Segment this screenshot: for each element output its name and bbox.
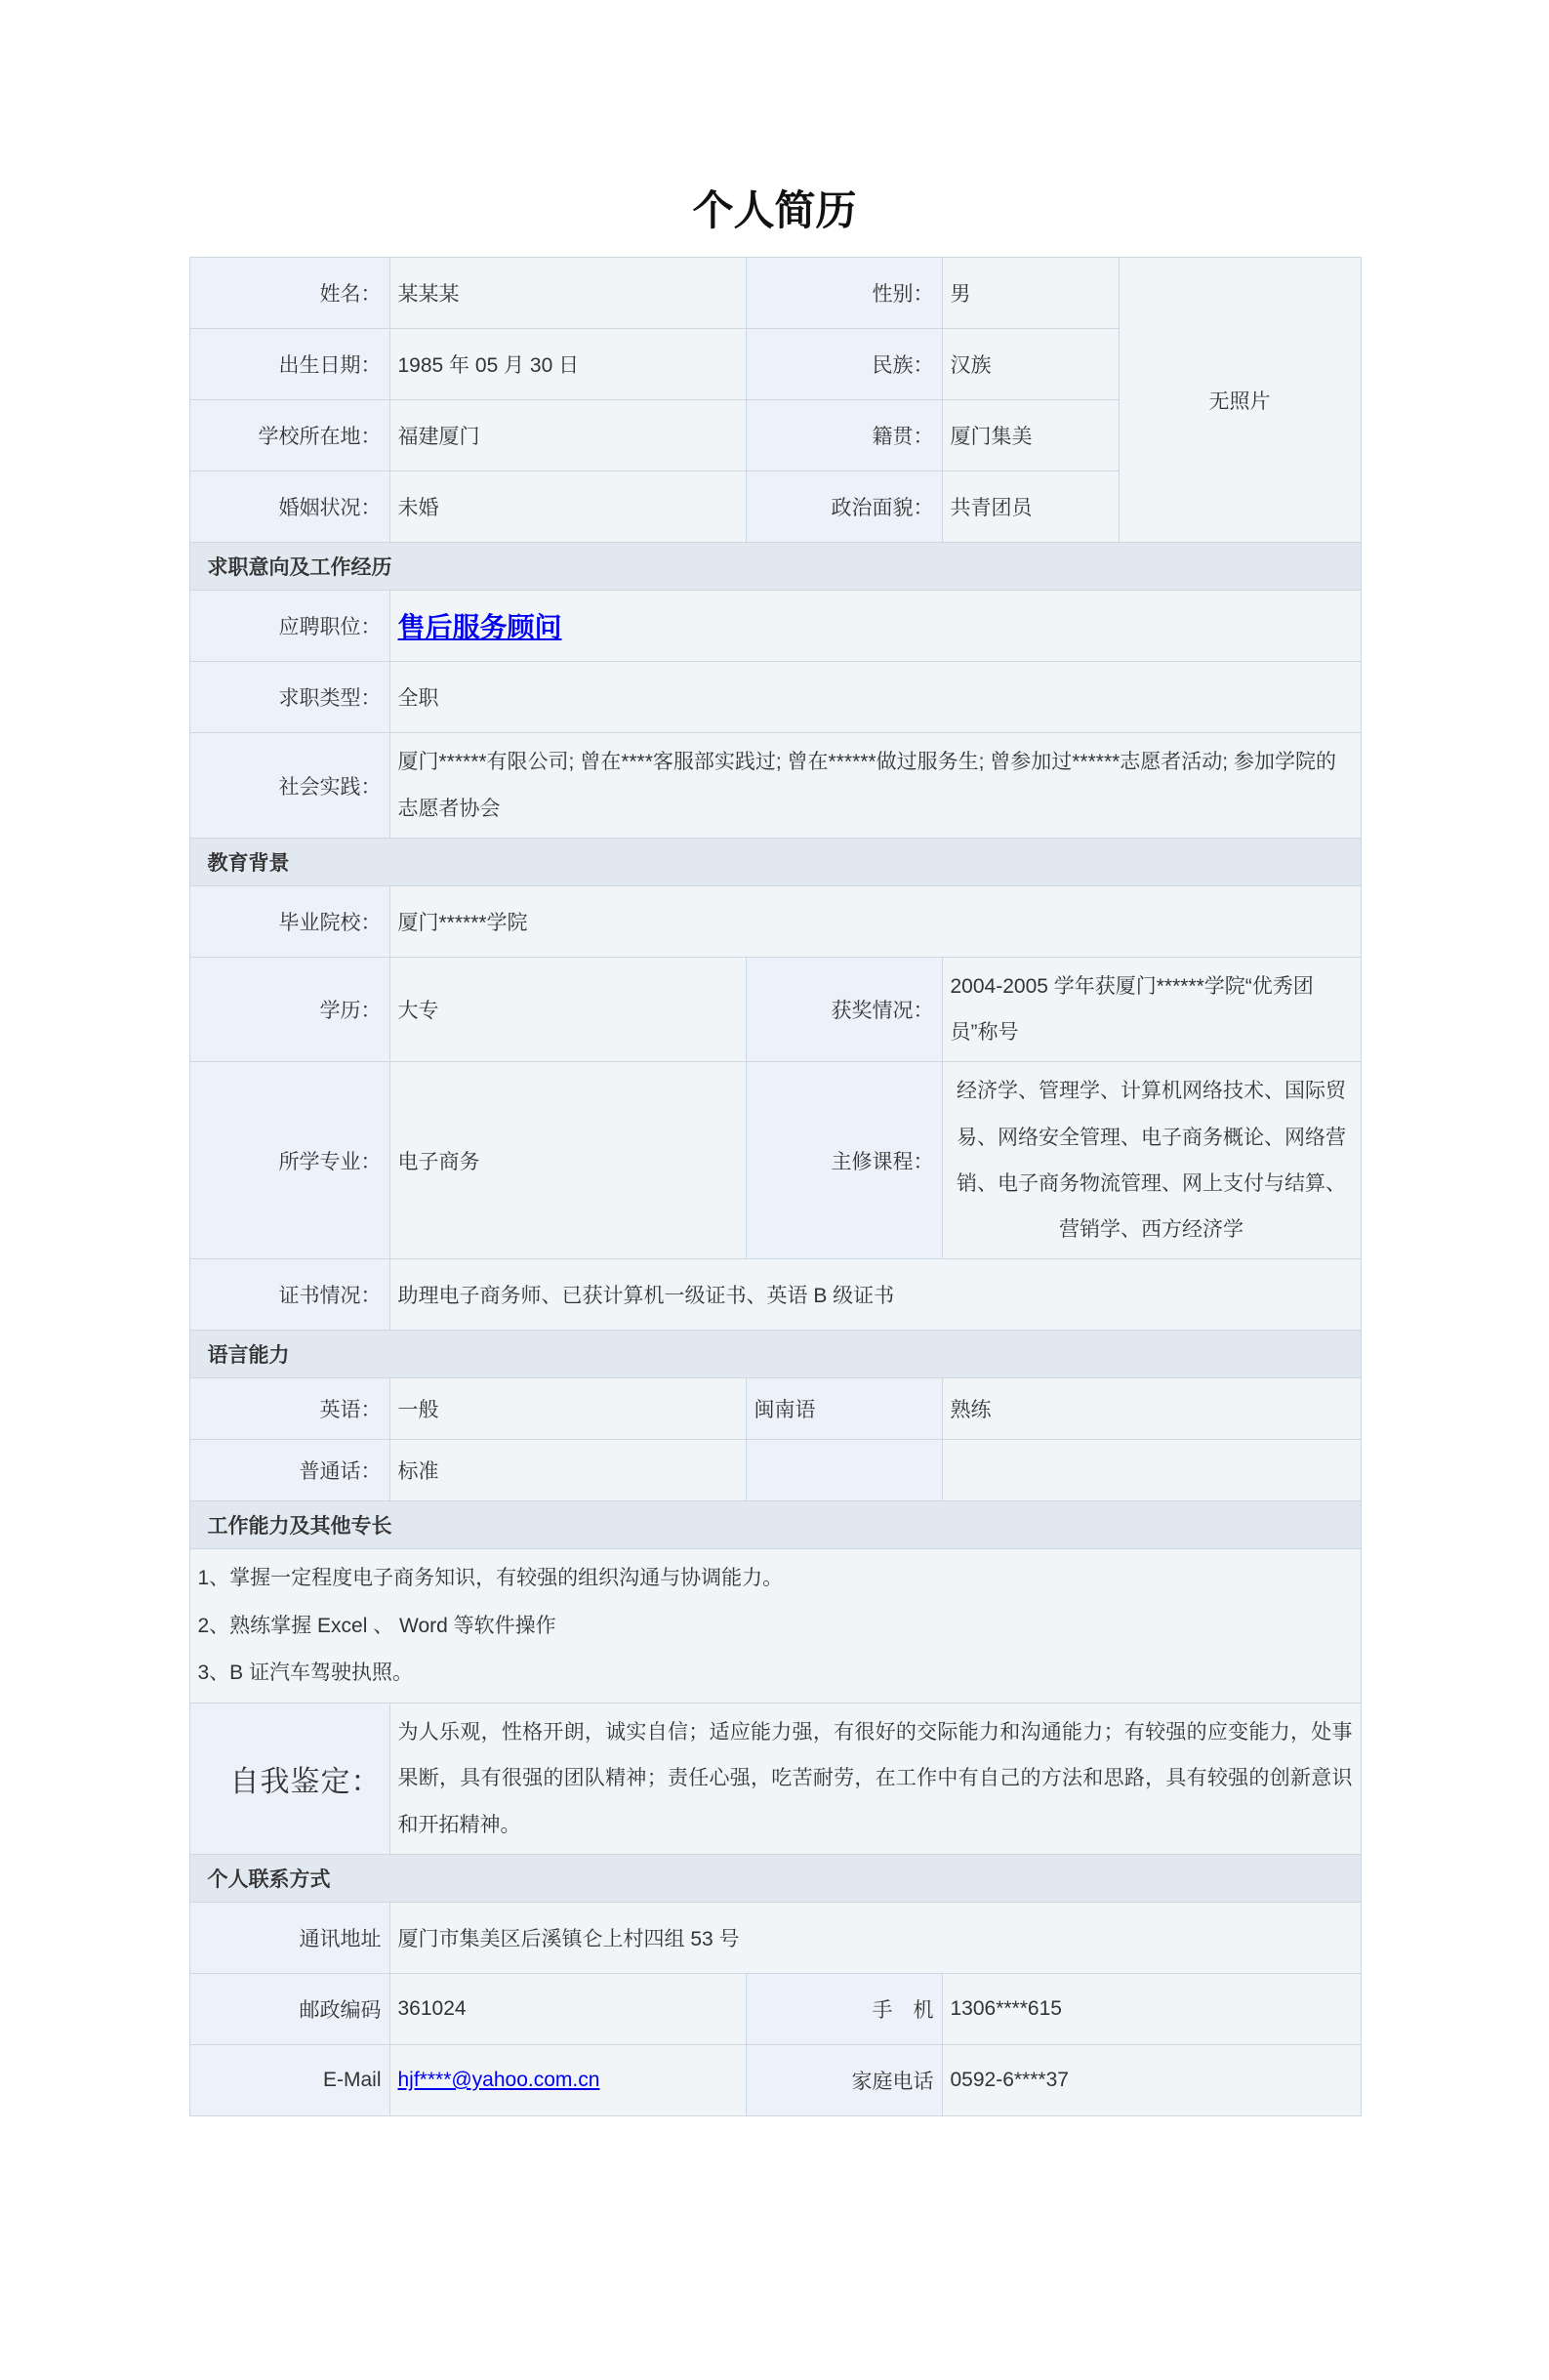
social-practice-value: 厦门******有限公司; 曾在****客服部实践过; 曾在******做过服务… (389, 733, 1361, 839)
job-type-label: 求职类型： (189, 662, 389, 733)
ethnicity-value: 汉族 (942, 329, 1119, 400)
section-education-title: 教育背景 (189, 838, 1361, 885)
table-row-job-type: 求职类型： 全职 (189, 662, 1361, 733)
email-link[interactable]: hjf****@yahoo.com.cn (398, 2069, 600, 2091)
self-assessment-label: 自我鉴定： (189, 1703, 389, 1855)
skills-item-3: 3、B 证汽车驾驶执照。 (198, 1650, 1353, 1697)
major-label: 所学专业： (189, 1062, 389, 1259)
mobile-label: 手 机 (746, 1973, 942, 2044)
language-empty-value-cell (942, 1440, 1361, 1501)
birthdate-value: 1985 年 05 月 30 日 (389, 329, 746, 400)
section-contact: 个人联系方式 (189, 1854, 1361, 1902)
courses-label: 主修课程： (746, 1062, 942, 1259)
section-job-intent: 求职意向及工作经历 (189, 543, 1361, 591)
native-place-value: 厦门集美 (942, 400, 1119, 472)
email-label: E-Mail (189, 2044, 389, 2115)
skills-item-2: 2、熟练掌握 Excel 、 Word 等软件操作 (198, 1603, 1353, 1650)
minnan-label: 闽南语 (746, 1378, 942, 1440)
section-skills-title: 工作能力及其他专长 (189, 1501, 1361, 1549)
section-education: 教育背景 (189, 838, 1361, 885)
table-row-mandarin: 普通话： 标准 (189, 1440, 1361, 1501)
birthdate-label: 出生日期： (189, 329, 389, 400)
degree-value: 大专 (389, 957, 746, 1062)
section-skills: 工作能力及其他专长 (189, 1501, 1361, 1549)
zip-label: 邮政编码 (189, 1973, 389, 2044)
certificates-value: 助理电子商务师、已获计算机一级证书、英语 B 级证书 (389, 1259, 1361, 1331)
mandarin-value: 标准 (389, 1440, 746, 1501)
english-label: 英语： (189, 1378, 389, 1440)
table-row-email-homephone: E-Mail hjf****@yahoo.com.cn 家庭电话 0592-6*… (189, 2044, 1361, 2115)
certificates-label: 证书情况： (189, 1259, 389, 1331)
school-location-value: 福建厦门 (389, 400, 746, 472)
english-value: 一般 (389, 1378, 746, 1440)
marital-status-value: 未婚 (389, 472, 746, 543)
skills-list: 1、掌握一定程度电子商务知识，有较强的组织沟通与协调能力。 2、熟练掌握 Exc… (189, 1549, 1361, 1703)
table-row-name-gender: 姓名： 某某某 性别： 男 无照片 (189, 258, 1361, 329)
photo-placeholder: 无照片 (1119, 258, 1361, 543)
social-practice-label: 社会实践： (189, 733, 389, 839)
major-value: 电子商务 (389, 1062, 746, 1259)
ethnicity-label: 民族： (746, 329, 942, 400)
resume-table: 姓名： 某某某 性别： 男 无照片 出生日期： 1985 年 05 月 30 日… (189, 257, 1362, 2116)
self-assessment-value: 为人乐观，性格开朗，诚实自信；适应能力强，有很好的交际能力和沟通能力；有较强的应… (389, 1703, 1361, 1855)
section-contact-title: 个人联系方式 (189, 1854, 1361, 1902)
address-label: 通讯地址 (189, 1902, 389, 1973)
address-value: 厦门市集美区后溪镇仑上村四组 53 号 (389, 1902, 1361, 1973)
political-status-label: 政治面貌： (746, 472, 942, 543)
mobile-value: 1306****615 (942, 1973, 1361, 2044)
table-row-degree-award: 学历： 大专 获奖情况： 2004-2005 学年获厦门******学院“优秀团… (189, 957, 1361, 1062)
home-phone-label: 家庭电话 (746, 2044, 942, 2115)
table-row-social-practice: 社会实践： 厦门******有限公司; 曾在****客服部实践过; 曾在****… (189, 733, 1361, 839)
political-status-value: 共青团员 (942, 472, 1119, 543)
section-language: 语言能力 (189, 1331, 1361, 1378)
table-row-address: 通讯地址 厦门市集美区后溪镇仑上村四组 53 号 (189, 1902, 1361, 1973)
position-link[interactable]: 售后服务顾问 (398, 612, 562, 642)
skills-item-1: 1、掌握一定程度电子商务知识，有较强的组织沟通与协调能力。 (198, 1555, 1353, 1602)
table-row-zip-mobile: 邮政编码 361024 手 机 1306****615 (189, 1973, 1361, 2044)
language-empty-label-cell (746, 1440, 942, 1501)
section-job-intent-title: 求职意向及工作经历 (189, 543, 1361, 591)
table-row-self-assessment: 自我鉴定： 为人乐观，性格开朗，诚实自信；适应能力强，有很好的交际能力和沟通能力… (189, 1703, 1361, 1855)
gender-value: 男 (942, 258, 1119, 329)
minnan-value: 熟练 (942, 1378, 1361, 1440)
award-value: 2004-2005 学年获厦门******学院“优秀团员”称号 (942, 957, 1361, 1062)
job-type-value: 全职 (389, 662, 1361, 733)
table-row-certificates: 证书情况： 助理电子商务师、已获计算机一级证书、英语 B 级证书 (189, 1259, 1361, 1331)
school-location-label: 学校所在地： (189, 400, 389, 472)
position-value-cell: 售后服务顾问 (389, 591, 1361, 662)
mandarin-label: 普通话： (189, 1440, 389, 1501)
name-value: 某某某 (389, 258, 746, 329)
page-title: 个人简历 (189, 188, 1361, 235)
table-row-graduate-school: 毕业院校： 厦门******学院 (189, 885, 1361, 957)
zip-value: 361024 (389, 1973, 746, 2044)
gender-label: 性别： (746, 258, 942, 329)
degree-label: 学历： (189, 957, 389, 1062)
table-row-skills: 1、掌握一定程度电子商务知识，有较强的组织沟通与协调能力。 2、熟练掌握 Exc… (189, 1549, 1361, 1703)
native-place-label: 籍贯： (746, 400, 942, 472)
courses-value: 经济学、管理学、计算机网络技术、国际贸易、网络安全管理、电子商务概论、网络营销、… (942, 1062, 1361, 1259)
marital-status-label: 婚姻状况： (189, 472, 389, 543)
section-language-title: 语言能力 (189, 1331, 1361, 1378)
graduate-school-label: 毕业院校： (189, 885, 389, 957)
table-row-position: 应聘职位： 售后服务顾问 (189, 591, 1361, 662)
award-label: 获奖情况： (746, 957, 942, 1062)
table-row-english-minnan: 英语： 一般 闽南语 熟练 (189, 1378, 1361, 1440)
resume-page: 个人简历 姓名： 某某某 性别： 男 无照片 出生日期： 1985 年 05 月… (189, 188, 1361, 2116)
position-label: 应聘职位： (189, 591, 389, 662)
table-row-major-courses: 所学专业： 电子商务 主修课程： 经济学、管理学、计算机网络技术、国际贸易、网络… (189, 1062, 1361, 1259)
home-phone-value: 0592-6****37 (942, 2044, 1361, 2115)
name-label: 姓名： (189, 258, 389, 329)
graduate-school-value: 厦门******学院 (389, 885, 1361, 957)
email-value-cell: hjf****@yahoo.com.cn (389, 2044, 746, 2115)
